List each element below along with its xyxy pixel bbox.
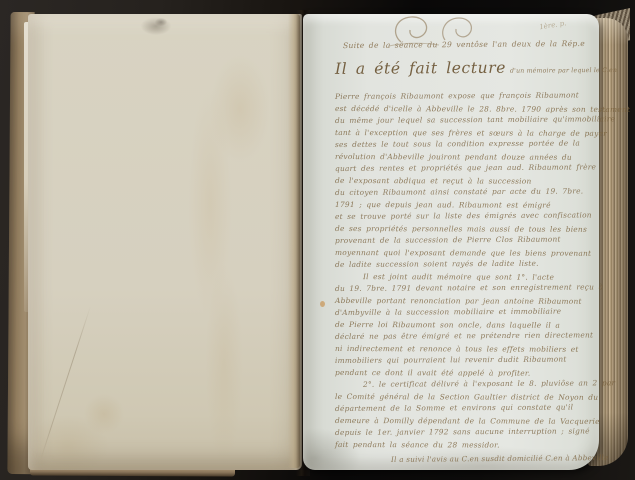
manuscript-line: 2°. le certificat délivré à l'exposant l… (335, 378, 593, 392)
manuscript-line: du même jour lequel sa succession tant m… (335, 114, 593, 128)
opening-phrase: Il a été fait lectured'un mémoire par le… (335, 57, 593, 78)
manuscript-line: depuis le 1er. janvier 1792 sans aucune … (335, 426, 593, 440)
manuscript-line: provenant de la succession de Pierre Clo… (335, 234, 593, 248)
manuscript-line: du 19. 7bre. 1791 devant notaire et son … (335, 282, 593, 296)
manuscript-line: département de la Somme et environs qui … (335, 402, 593, 416)
manuscript-line: immobiliers qui pourraient lui revenir d… (335, 354, 593, 368)
margin-ink-spot (320, 301, 325, 307)
manuscript-line: et se trouve porté sur la liste des émig… (335, 210, 593, 224)
manuscript-line: d'Ambyville à la succession mobiliaire e… (335, 306, 593, 320)
session-heading: Suite de la séance du 29 ventôse l'an de… (343, 39, 589, 50)
manuscript-line: fait pendant la séance du 28 messidor. (335, 440, 593, 453)
left-page-blank (28, 14, 302, 470)
manuscript-body: Pierre françois Ribaumont expose que fra… (335, 92, 593, 452)
opening-large-script: Il a été fait lecture (335, 59, 506, 78)
manuscript-line: Pierre françois Ribaumont expose que fra… (335, 90, 593, 104)
manuscript-line: déclaré ne pas être émigré et ne prétend… (335, 330, 593, 344)
manuscript-line: du citoyen Ribaumont ainsi constaté par … (335, 186, 593, 200)
opening-continuation: d'un mémoire par lequel le C.en (510, 67, 617, 75)
page-crease (40, 306, 91, 460)
right-page-manuscript: 1ère. p. Suite de la séance du 29 ventôs… (303, 14, 599, 470)
archival-book-scan: 1ère. p. Suite de la séance du 29 ventôs… (0, 0, 635, 480)
manuscript-line: de ladite succession soient rayés de lad… (335, 258, 593, 272)
manuscript-line: ses dettes le tout sous la condition exp… (335, 138, 593, 152)
folio-annotation: 1ère. p. (539, 15, 596, 32)
closing-line: Il a suivi l'avis au C.en susdit domicil… (391, 453, 601, 464)
manuscript-line: quart des rentes et propriétés que jean … (335, 162, 593, 176)
